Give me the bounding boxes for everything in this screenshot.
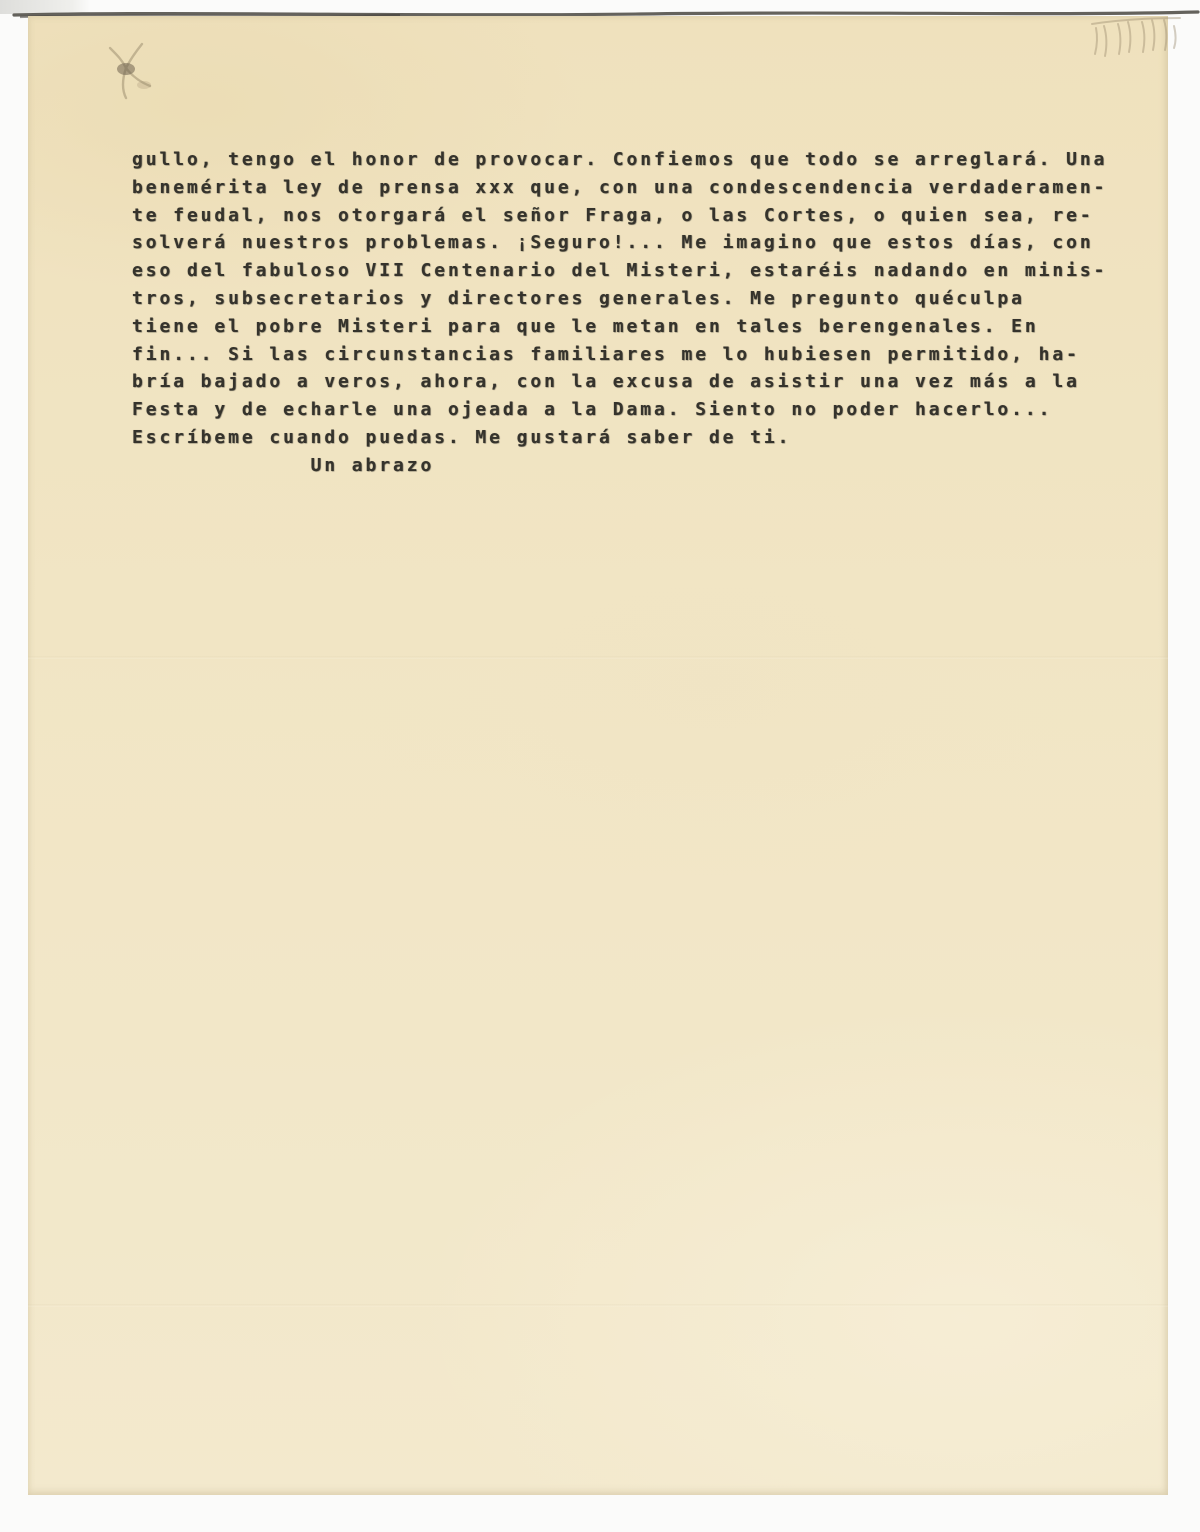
paper-fold-line [28,1304,1168,1307]
pencil-squiggle-mark [92,38,172,108]
letter-closing-line: Un abrazo [132,452,1142,480]
typewritten-text-block: gullo, tengo el honor de provocar. Confi… [132,146,1142,480]
letter-line: gullo, tengo el honor de provocar. Confi… [132,146,1142,174]
letter-line: solverá nuestros problemas. ¡Seguro!... … [132,229,1142,257]
page-scan: gullo, tengo el honor de provocar. Confi… [0,0,1200,1532]
letter-line: tiene el pobre Misteri para que le metan… [132,313,1142,341]
letter-line: bría bajado a veros, ahora, con la excus… [132,368,1142,396]
letter-line: Festa y de echarle una ojeada a la Dama.… [132,396,1142,424]
scanner-corner-shade [0,0,90,14]
letter-line: benemérita ley de prensa xxx que, con un… [132,174,1142,202]
letter-line: eso del fabuloso VII Centenario del Mist… [132,257,1142,285]
letter-line: tros, subsecretarios y directores genera… [132,285,1142,313]
paper-fold-line [28,656,1168,659]
letter-line: fin... Si las circunstancias familiares … [132,341,1142,369]
pencil-annotation [1088,12,1198,67]
letter-line: Escríbeme cuando puedas. Me gustará sabe… [132,424,1142,452]
letter-line: te feudal, nos otorgará el señor Fraga, … [132,202,1142,230]
